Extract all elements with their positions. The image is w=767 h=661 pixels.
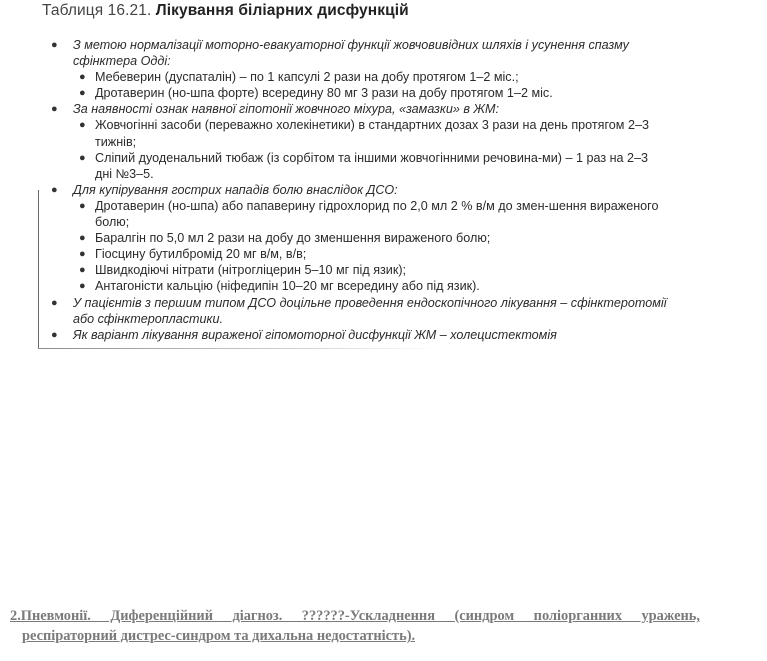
table-number: Таблиця 16.21. <box>42 2 151 19</box>
bullet-icon: ● <box>79 230 86 246</box>
scanned-table-image: Таблиця 16.21. Лікування біліарних дисфу… <box>0 0 767 360</box>
sub-item-text: Антагоністи кальцію (ніфедипін 10–20 мг … <box>95 279 480 293</box>
sub-list: ●Дротаверин (но-шпа) або папаверину гідр… <box>73 198 668 295</box>
sub-item-text: Сліпий дуоденальний тюбаж (із сорбітом т… <box>95 151 648 181</box>
sub-list-item: ●Дротаверин (но-шпа форте) всередину 80 … <box>73 85 668 101</box>
sub-item-text: Жовчогінні засоби (переважно холекінетик… <box>95 118 649 148</box>
sub-item-text: Дротаверин (но-шпа форте) всередину 80 м… <box>95 86 553 100</box>
bullet-icon: ● <box>79 246 86 262</box>
table-caption: Таблиця 16.21. Лікування біліарних дисфу… <box>42 2 409 20</box>
sub-list-item: ●Мебеверин (дуспаталін) – по 1 капсулі 2… <box>73 69 668 85</box>
bullet-icon: ● <box>79 262 86 278</box>
section-heading-link[interactable]: 2.Пневмонії. Диференційний діагноз. ????… <box>10 606 700 646</box>
bullet-icon: ● <box>79 198 86 214</box>
list-item: ● З метою нормалізації моторно-евакуатор… <box>48 37 668 101</box>
bullet-icon: ● <box>79 69 86 85</box>
sub-list-item: ●Жовчогінні засоби (переважно холекінети… <box>73 117 668 149</box>
bullet-icon: ● <box>79 150 86 166</box>
sub-list-item: ●Гіосцину бутилбромід 20 мг в/м, в/в; <box>73 246 668 262</box>
bullet-icon: ● <box>51 101 58 117</box>
list-item: ● Як варіант лікування вираженої гіпомот… <box>48 327 668 343</box>
sub-list-item: ●Сліпий дуоденальний тюбаж (із сорбітом … <box>73 150 668 182</box>
sub-item-text: Гіосцину бутилбромід 20 мг в/м, в/в; <box>95 247 306 261</box>
list-item: ● У пацієнтів з першим типом ДСО доцільн… <box>48 295 668 327</box>
bullet-icon: ● <box>51 295 58 311</box>
table-title: Лікування біліарних дисфункцій <box>156 2 409 19</box>
sub-item-text: Баралгін по 5,0 мл 2 рази на добу до зме… <box>95 231 490 245</box>
table-bottom-border <box>38 348 438 349</box>
list-item: ● За наявності ознак наявної гіпотонії ж… <box>48 101 668 181</box>
list-item: ● Для купірування гострих нападів болю в… <box>48 182 668 295</box>
bullet-icon: ● <box>51 37 58 53</box>
sub-item-text: Мебеверин (дуспаталін) – по 1 капсулі 2 … <box>95 70 519 84</box>
item-lead: Для купірування гострих нападів болю вна… <box>73 183 398 197</box>
sub-list-item: ●Баралгін по 5,0 мл 2 рази на добу до зм… <box>73 230 668 246</box>
item-lead: У пацієнтів з першим типом ДСО доцільне … <box>73 296 667 326</box>
bullet-icon: ● <box>79 85 86 101</box>
sub-list: ●Жовчогінні засоби (переважно холекінети… <box>73 117 668 181</box>
sub-item-text: Дротаверин (но-шпа) або папаверину гідро… <box>95 199 659 229</box>
sub-item-text: Швидкодіючі нітрати (нітрогліцерин 5–10 … <box>95 263 406 277</box>
item-lead: За наявності ознак наявної гіпотонії жов… <box>73 102 499 116</box>
sub-list-item: ●Дротаверин (но-шпа) або папаверину гідр… <box>73 198 668 230</box>
sub-list: ●Мебеверин (дуспаталін) – по 1 капсулі 2… <box>73 69 668 101</box>
heading-line-2[interactable]: респіраторний дистрес-синдром та дихальн… <box>10 626 700 646</box>
bullet-icon: ● <box>79 278 86 294</box>
treatment-list: ● З метою нормалізації моторно-евакуатор… <box>48 37 668 343</box>
sub-list-item: ●Швидкодіючі нітрати (нітрогліцерин 5–10… <box>73 262 668 278</box>
table-left-border <box>38 190 39 348</box>
item-lead: З метою нормалізації моторно-евакуаторно… <box>73 38 629 68</box>
bullet-icon: ● <box>51 182 58 198</box>
sub-list-item: ●Антагоністи кальцію (ніфедипін 10–20 мг… <box>73 278 668 294</box>
bullet-icon: ● <box>51 327 58 343</box>
bullet-icon: ● <box>79 117 86 133</box>
heading-line-1[interactable]: 2.Пневмонії. Диференційний діагноз. ????… <box>10 606 700 626</box>
item-lead: Як варіант лікування вираженої гіпомотор… <box>73 328 557 342</box>
